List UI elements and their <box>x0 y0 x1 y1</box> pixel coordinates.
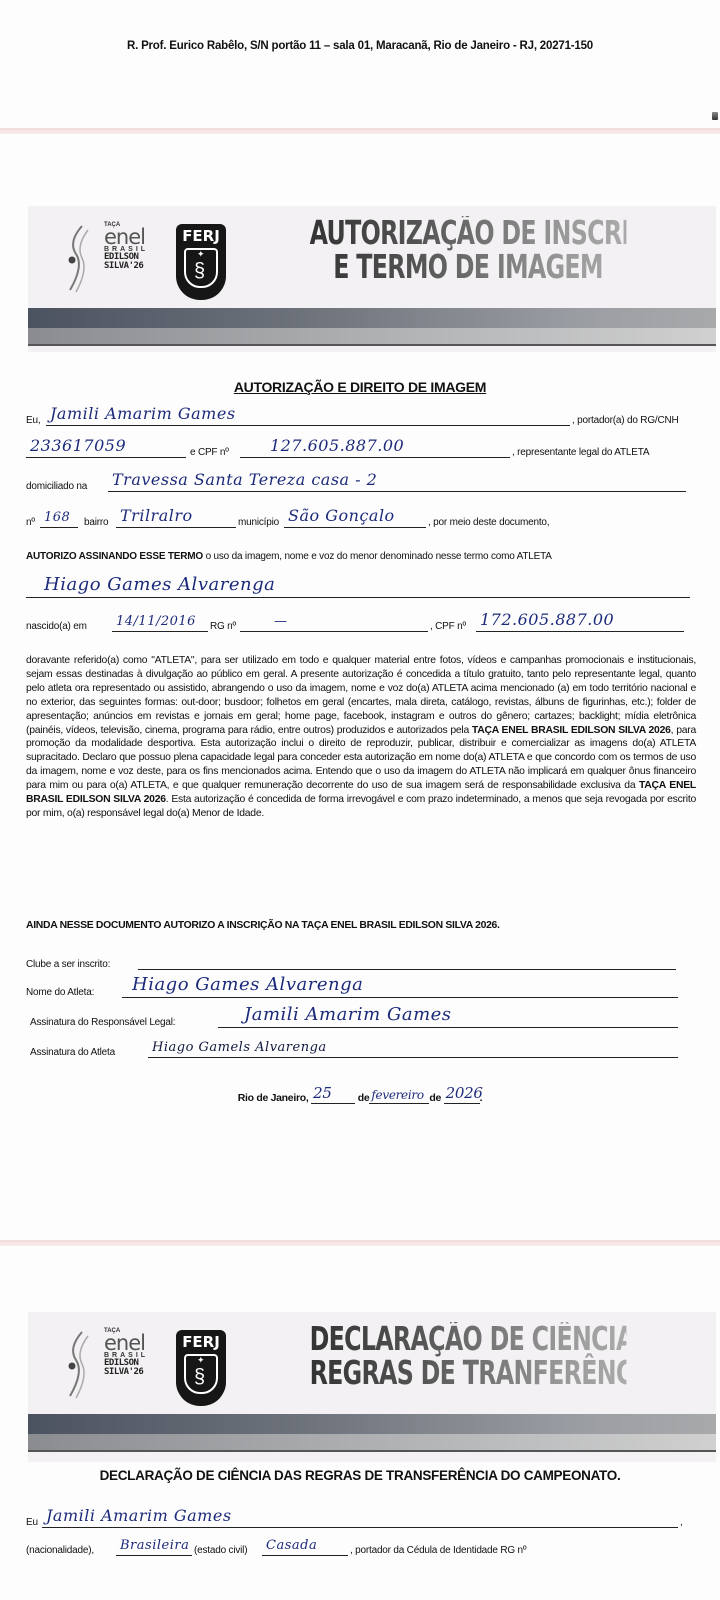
section-title: DECLARAÇÃO DE CIÊNCIA DAS REGRAS DE TRAN… <box>0 1468 720 1483</box>
month-field[interactable]: fevereiro <box>369 1086 429 1104</box>
house-number-field[interactable]: 168 <box>40 504 78 528</box>
scroll-indicator-icon <box>712 112 718 120</box>
athlete-name-row: Hiago Games Alvarenga <box>26 576 690 600</box>
banner-band-light <box>28 328 716 346</box>
declarant-name-field[interactable]: Jamili Amarim Games <box>42 1504 678 1528</box>
ferj-shield-logo: FERJ <box>176 1330 226 1406</box>
logos: TAÇA enel BRASIL EDILSON SILVA'26 FERJ <box>64 1324 234 1412</box>
address-footer: R. Prof. Eurico Rabêlo, S/N portão 11 – … <box>0 40 720 52</box>
city-field[interactable]: São Gonçalo <box>284 504 426 528</box>
birth-date-field[interactable]: 14/11/2016 <box>112 608 208 632</box>
enel-logo: TAÇA enel BRASIL EDILSON SILVA'26 <box>104 222 164 271</box>
athlete-rg-field[interactable]: — <box>240 608 428 632</box>
guardian-signature-row: Assinatura do Responsável Legal: Jamili … <box>26 1006 690 1030</box>
enel-swoosh-icon <box>64 224 90 294</box>
guardian-name-row: Eu, Jamili Amarim Games , portador(a) do… <box>26 404 690 428</box>
athlete-signature-field[interactable]: Hiago Gamels Alvarenga <box>148 1034 678 1058</box>
ferj-crest-icon <box>184 1354 218 1394</box>
guardian-documents-row: 233617059 e CPF nº 127.605.887.00 , repr… <box>26 436 690 460</box>
athlete-signature-row: Assinatura do Atleta Hiago Gamels Alvare… <box>26 1036 690 1060</box>
transfer-declaration-page: TAÇA enel BRASIL EDILSON SILVA'26 FERJ D… <box>0 1246 720 1600</box>
form-banner: TAÇA enel BRASIL EDILSON SILVA'26 FERJ A… <box>28 206 716 352</box>
signature-date: Rio de Janeiro, 25 defevereirode 2026. <box>0 1086 720 1104</box>
enel-swoosh-icon <box>64 1330 90 1400</box>
address-row: domiciliado na Travessa Santa Tereza cas… <box>26 470 690 494</box>
banner-title: AUTORIZAÇÃO DE INSCRIÇÃO E TERMO DE IMAG… <box>310 216 627 284</box>
address-details-row: nº 168 bairro Trilralro município São Go… <box>26 506 690 530</box>
inscription-statement: AINDA NESSE DOCUMENTO AUTORIZO A INSCRIÇ… <box>26 920 500 931</box>
form-banner: TAÇA enel BRASIL EDILSON SILVA'26 FERJ D… <box>28 1312 716 1462</box>
athlete-name-field[interactable]: Hiago Games Alvarenga <box>26 574 690 598</box>
neighborhood-field[interactable]: Trilralro <box>116 504 236 528</box>
guardian-signature-field[interactable]: Jamili Amarim Games <box>218 1004 678 1028</box>
declarant-name-row: Eu Jamili Amarim Games , <box>26 1506 690 1530</box>
marital-status-field[interactable]: Casada <box>262 1532 348 1556</box>
club-row: Clube a ser inscrito: <box>26 948 690 972</box>
banner-band-light <box>28 1434 716 1452</box>
nationality-field[interactable]: Brasileira <box>116 1532 192 1556</box>
document-page-footer: R. Prof. Eurico Rabêlo, S/N portão 11 – … <box>0 0 720 128</box>
athlete-name-confirm-field[interactable]: Hiago Games Alvarenga <box>122 974 678 998</box>
banner-band-dark <box>28 1414 716 1434</box>
athlete-cpf-field[interactable]: 172.605.887.00 <box>476 608 684 632</box>
club-field[interactable] <box>138 946 676 970</box>
street-field[interactable]: Travessa Santa Tereza casa - 2 <box>108 468 686 492</box>
athlete-name-confirm-row: Nome do Atleta: Hiago Games Alvarenga <box>26 976 690 1000</box>
authorization-statement-row: AUTORIZO ASSINANDO ESSE TERMO o uso da i… <box>26 540 690 564</box>
banner-title: DECLARAÇÃO DE CIÊNCIA DAS REGRAS DE TRAN… <box>310 1322 627 1390</box>
guardian-rg-field[interactable]: 233617059 <box>26 434 186 458</box>
ferj-shield-logo: FERJ <box>176 224 226 300</box>
section-title: AUTORIZAÇÃO E DIREITO DE IMAGEM <box>0 379 720 395</box>
year-field[interactable]: 2026 <box>444 1086 480 1104</box>
guardian-name-field[interactable]: Jamili Amarim Games <box>46 402 570 426</box>
guardian-cpf-field[interactable]: 127.605.887.00 <box>240 434 510 458</box>
logos: TAÇA enel BRASIL EDILSON SILVA'26 FERJ <box>64 218 234 306</box>
ferj-crest-icon <box>184 248 218 288</box>
declarant-details-row: (nacionalidade), Brasileira (estado civi… <box>26 1534 720 1558</box>
authorization-form-page: TAÇA enel BRASIL EDILSON SILVA'26 FERJ A… <box>0 134 720 1240</box>
day-field[interactable]: 25 <box>311 1086 355 1104</box>
authorization-terms-text: doravante referido(a) como "ATLETA", par… <box>26 654 696 821</box>
banner-band-dark <box>28 308 716 328</box>
enel-logo: TAÇA enel BRASIL EDILSON SILVA'26 <box>104 1328 164 1377</box>
athlete-documents-row: nascido(a) em 14/11/2016 RG nº — , CPF n… <box>26 610 690 634</box>
